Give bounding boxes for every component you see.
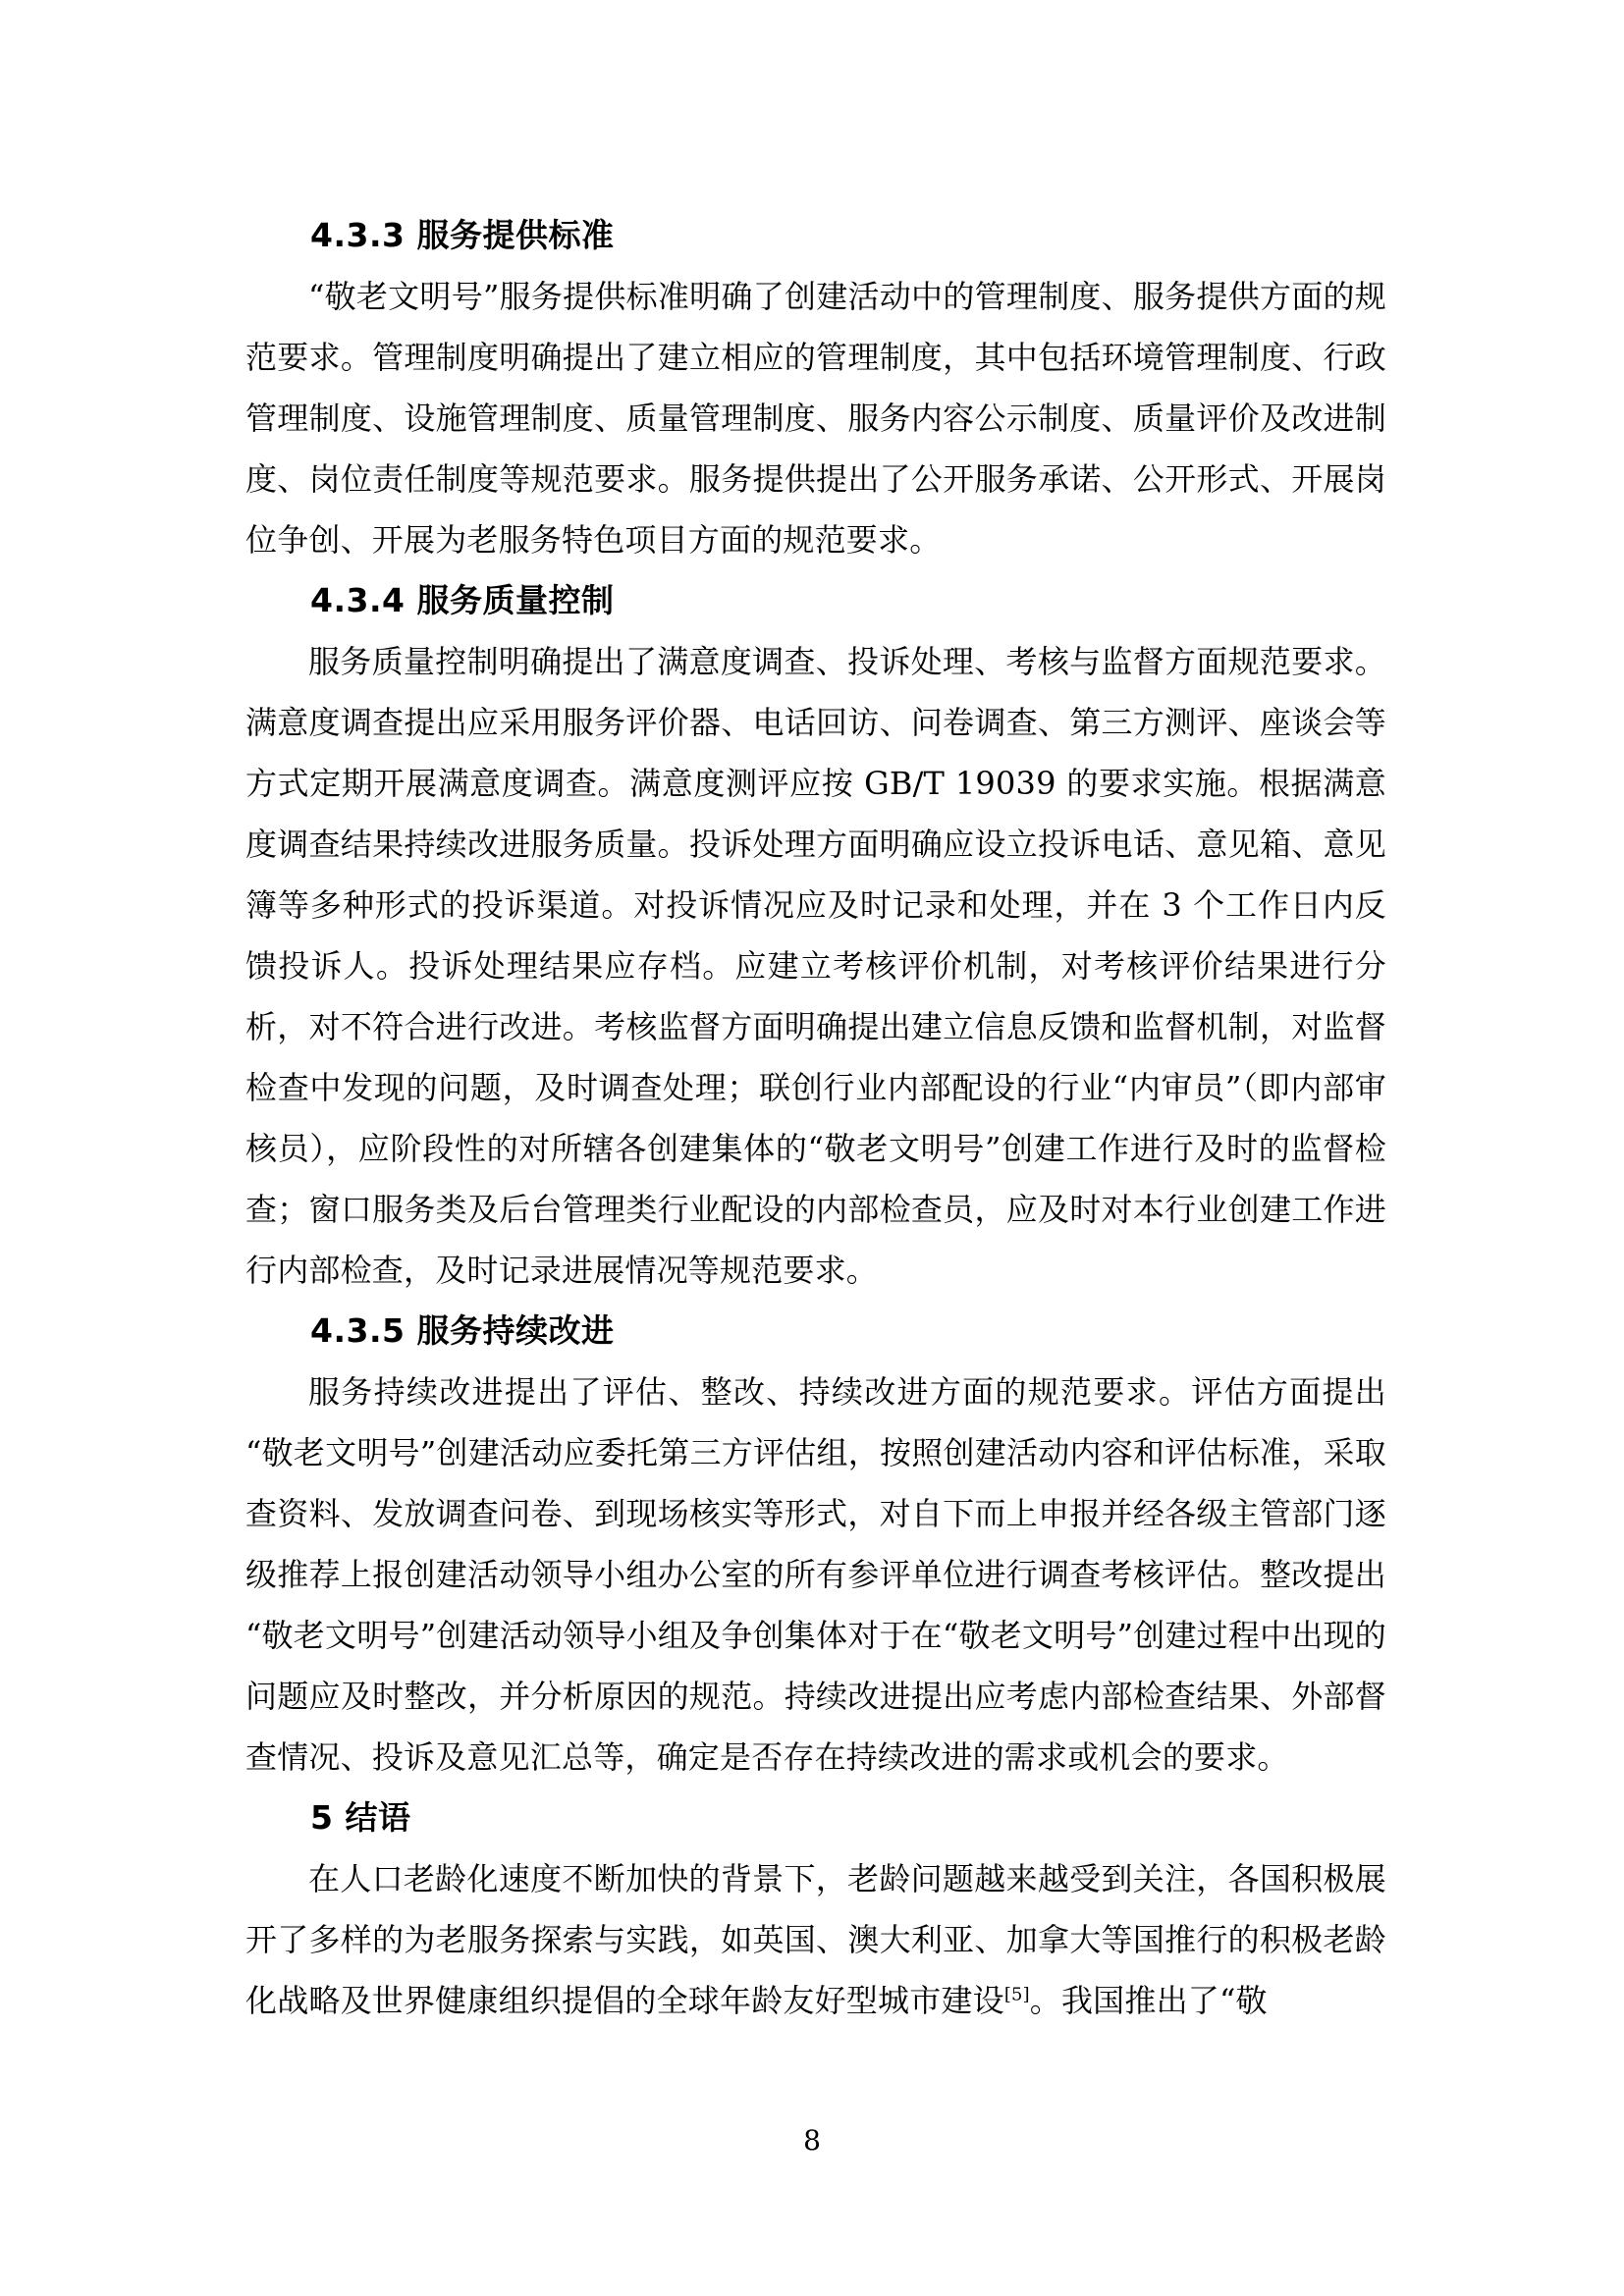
paragraph-service-provision: “敬老文明号”服务提供标准明确了创建活动中的管理制度、服务提供方面的规范要求。管… xyxy=(245,266,1386,570)
conclusion-text-after-ref: 。我国推出了“敬 xyxy=(1030,1982,1268,2019)
section-heading-5-conclusion: 5 结语 xyxy=(245,1788,1386,1848)
paragraph-conclusion: 在人口老龄化速度不断加快的背景下，老龄问题越来越受到关注，各国积极展开了多样的为… xyxy=(245,1848,1386,2031)
page-number: 8 xyxy=(0,2124,1624,2158)
paragraph-service-quality-control: 服务质量控制明确提出了满意度调查、投诉处理、考核与监督方面规范要求。满意度调查提… xyxy=(245,631,1386,1301)
paper-page: 4.3.3 服务提供标准 “敬老文明号”服务提供标准明确了创建活动中的管理制度、… xyxy=(0,0,1624,2296)
citation-reference-5: [5] xyxy=(1004,1984,1030,2004)
page-content: 4.3.3 服务提供标准 “敬老文明号”服务提供标准明确了创建活动中的管理制度、… xyxy=(245,205,1386,2031)
section-heading-4-3-4: 4.3.4 服务质量控制 xyxy=(245,570,1386,631)
paragraph-continuous-improvement: 服务持续改进提出了评估、整改、持续改进方面的规范要求。评估方面提出“敬老文明号”… xyxy=(245,1362,1386,1788)
section-heading-4-3-3: 4.3.3 服务提供标准 xyxy=(245,205,1386,266)
section-heading-4-3-5: 4.3.5 服务持续改进 xyxy=(245,1301,1386,1362)
document-page: { "document": { "page_number": "8", "sec… xyxy=(0,0,1624,2296)
